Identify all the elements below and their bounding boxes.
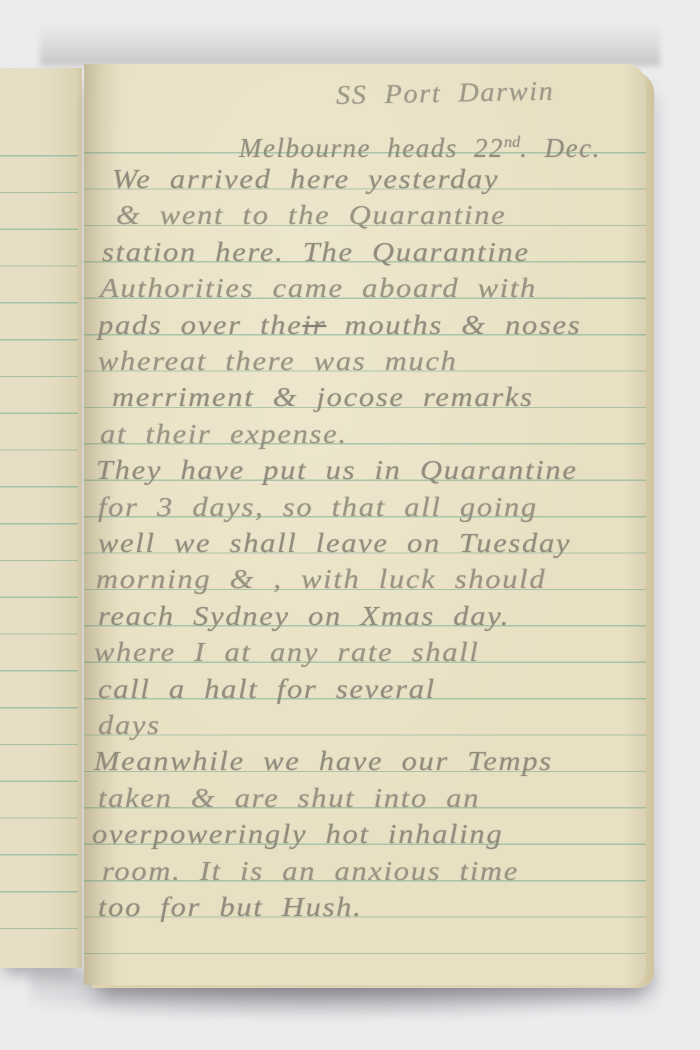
text-segment: well we shall leave on Tuesday: [98, 528, 571, 558]
left-page: [0, 68, 82, 968]
handwritten-line: taken & are shut into an: [98, 780, 480, 817]
text-segment: where I at any rate shall: [94, 637, 480, 667]
handwritten-line: station here. The Quarantine: [102, 234, 530, 271]
handwritten-line: whereat there was much: [98, 343, 458, 380]
handwritten-line: & went to the Quarantine: [116, 197, 506, 234]
handwritten-line: at their expense.: [100, 416, 348, 453]
text-segment: We arrived here yesterday: [112, 164, 499, 194]
scan-top-shadow: [40, 24, 660, 66]
text-segment: reach Sydney on Xmas day.: [98, 601, 510, 631]
handwritten-line: We arrived here yesterday: [112, 161, 499, 198]
dateline: Melbourne heads 22nd. Dec.: [239, 124, 601, 161]
text-segment: . Dec.: [520, 133, 601, 163]
text-segment: call a halt for several: [98, 674, 436, 704]
text-segment: They have put us in Quarantine: [96, 455, 578, 485]
handwritten-line: too for but Hush.: [98, 889, 362, 926]
handwritten-line: morning & , with luck should: [96, 561, 546, 598]
text-segment: station here. The Quarantine: [102, 237, 530, 267]
text-segment: morning & , with luck should: [96, 564, 546, 594]
diary-page: SS Port Darwin Melbourne heads 22nd. Dec…: [84, 64, 646, 985]
handwritten-line: They have put us in Quarantine: [96, 452, 578, 489]
text-segment: nd: [504, 133, 520, 151]
text-segment: for 3 days, so that all going: [98, 492, 538, 522]
text-segment: too for but Hush.: [98, 892, 362, 922]
left-page-rules: [0, 155, 78, 944]
handwritten-line: days: [98, 707, 161, 744]
text-segment: room. It is an anxious time: [102, 856, 519, 886]
text-segment: Melbourne heads 22: [239, 133, 504, 163]
text-segment: pads over the: [98, 310, 302, 340]
text-segment: days: [98, 710, 161, 740]
handwritten-line: well we shall leave on Tuesday: [98, 525, 571, 562]
handwritten-line: Authorities came aboard with: [100, 270, 537, 307]
struck-text: ir: [302, 310, 326, 340]
ship-heading: SS Port Darwin: [336, 73, 555, 114]
text-segment: & went to the Quarantine: [116, 200, 506, 230]
text-segment: mouths & noses: [326, 310, 581, 340]
handwritten-line: merriment & jocose remarks: [112, 379, 534, 416]
handwritten-line: where I at any rate shall: [94, 634, 480, 671]
handwritten-line: call a halt for several: [98, 671, 436, 708]
text-segment: Authorities came aboard with: [100, 273, 537, 303]
handwritten-line: pads over their mouths & noses: [98, 307, 581, 344]
text-segment: merriment & jocose remarks: [112, 382, 534, 412]
text-segment: at their expense.: [100, 419, 348, 449]
handwritten-line: room. It is an anxious time: [102, 853, 519, 890]
handwritten-line: Meanwhile we have our Temps: [94, 743, 553, 780]
text-segment: taken & are shut into an: [98, 783, 480, 813]
handwritten-line: reach Sydney on Xmas day.: [98, 598, 510, 635]
text-segment: overpoweringly hot inhaling: [92, 819, 503, 849]
text-segment: Meanwhile we have our Temps: [94, 746, 553, 776]
handwritten-line: overpoweringly hot inhaling: [92, 816, 503, 853]
handwritten-line: for 3 days, so that all going: [98, 489, 538, 526]
text-segment: whereat there was much: [98, 346, 458, 376]
